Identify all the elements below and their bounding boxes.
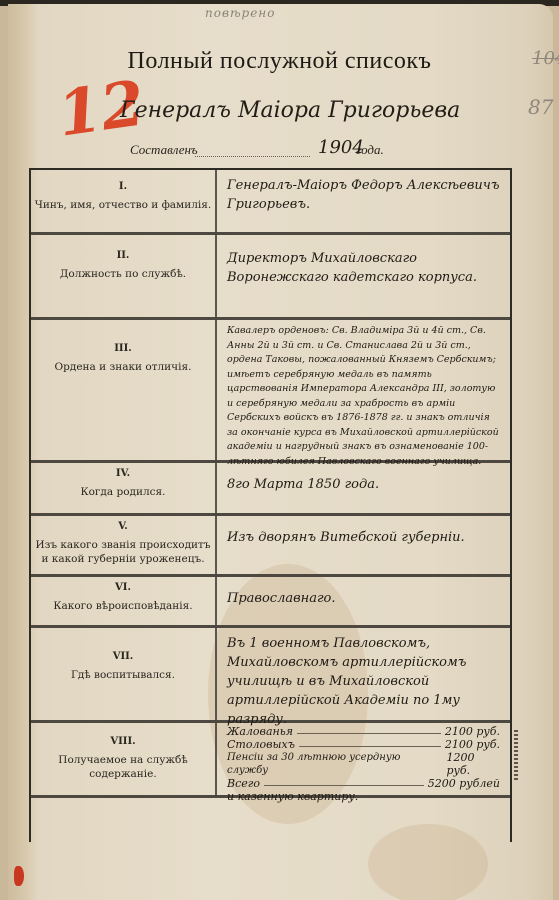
- record-row-rank-name: I. Чинъ, имя, отчество и фамилія. Генера…: [31, 170, 510, 235]
- row-label: VII. Гдѣ воспитывался.: [31, 628, 217, 720]
- salary-total-line: Всего 5200 рублей: [227, 777, 500, 790]
- salary-note: и казенную квартиру.: [227, 790, 500, 803]
- row-number: VII.: [31, 650, 215, 664]
- row-label-text: Какого вѣроисповѣданія.: [53, 600, 192, 612]
- salary-amount: 1200 руб.: [446, 751, 500, 777]
- row-label-text: Получаемое на службѣ содержаніе.: [58, 754, 187, 780]
- row-number: V.: [31, 520, 215, 534]
- row-label: VIII. Получаемое на службѣ содержаніе.: [31, 723, 217, 795]
- row-label-text: Когда родился.: [80, 486, 165, 498]
- row-label-text: Изъ какого званія происходитъ и какой гу…: [35, 539, 210, 565]
- row-label: V. Изъ какого званія происходитъ и какой…: [31, 516, 217, 574]
- salary-line: Жалованья 2100 руб.: [227, 725, 500, 738]
- row-number: I.: [31, 180, 215, 194]
- row-value: Православнаго.: [217, 577, 510, 625]
- leader-line: [299, 738, 441, 747]
- row-value: 8го Марта 1850 года.: [217, 463, 510, 513]
- row-number: VI.: [31, 581, 215, 595]
- document-title: Полный послужной списокъ: [0, 48, 559, 75]
- compiled-dotted-line: [195, 156, 310, 157]
- record-row-origin: V. Изъ какого званія происходитъ и какой…: [31, 516, 510, 577]
- row-label-text: Чинъ, имя, отчество и фамилія.: [35, 199, 211, 211]
- row-value: Кавалеръ орденовъ: Св. Владиміра 3й и 4й…: [217, 320, 510, 460]
- salary-note-text: и казенную квартиру.: [227, 790, 358, 803]
- row-label: I. Чинъ, имя, отчество и фамилія.: [31, 170, 217, 232]
- row-label-text: Гдѣ воспитывался.: [71, 669, 175, 681]
- salary-amount: 2100 руб.: [445, 738, 500, 751]
- row-label: IV. Когда родился.: [31, 463, 217, 513]
- salary-breakdown: Жалованья 2100 руб. Столовыхъ 2100 руб. …: [217, 723, 510, 795]
- red-wax-seal: [14, 866, 24, 886]
- row-value: Генералъ-Маiоръ Федоръ Алексѣевичъ Григо…: [217, 170, 510, 232]
- row-number: VIII.: [31, 735, 215, 749]
- record-row-education: VII. Гдѣ воспитывался. Въ 1 военномъ Пав…: [31, 628, 510, 723]
- salary-line: Столовыхъ 2100 руб.: [227, 738, 500, 751]
- salary-amount: 5200 рублей: [428, 777, 500, 790]
- row-label-text: Должность по службѣ.: [60, 268, 186, 280]
- service-record-form: I. Чинъ, имя, отчество и фамилія. Генера…: [29, 168, 512, 842]
- salary-item: Пенсiи за 30 лѣтнюю усердную службу: [227, 751, 438, 777]
- leader-line: [264, 777, 424, 786]
- printer-imprint: [514, 730, 518, 780]
- salary-amount: 2100 руб.: [445, 725, 500, 738]
- row-value: Изъ дворянъ Витебской губерніи.: [217, 516, 510, 574]
- salary-item: Жалованья: [227, 725, 293, 738]
- row-value: Директоръ Михайловскаго Воронежскаго кад…: [217, 235, 510, 317]
- row-number: III.: [31, 342, 215, 356]
- salary-line: Пенсiи за 30 лѣтнюю усердную службу 1200…: [227, 751, 500, 777]
- pencil-note: повѣрено: [205, 6, 275, 20]
- row-label: II. Должность по службѣ.: [31, 235, 217, 317]
- leader-line: [297, 725, 441, 734]
- row-label-text: Ордена и знаки отличія.: [55, 361, 192, 373]
- record-row-religion: VI. Какого вѣроисповѣданія. Православнаг…: [31, 577, 510, 628]
- row-number: II.: [31, 249, 215, 263]
- record-row-salary: VIII. Получаемое на службѣ содержаніе. Ж…: [31, 723, 510, 798]
- row-value: Въ 1 военномъ Павловскомъ, Михайловскомъ…: [217, 628, 510, 720]
- compiled-suffix: года.: [356, 142, 384, 158]
- row-label: VI. Какого вѣроисповѣданія.: [31, 577, 217, 625]
- record-row-birth: IV. Когда родился. 8го Марта 1850 года.: [31, 463, 510, 516]
- row-label: III. Ордена и знаки отличія.: [31, 320, 217, 460]
- row-number: IV.: [31, 467, 215, 481]
- compiled-label: Составленъ: [130, 142, 198, 158]
- salary-item: Всего: [227, 777, 260, 790]
- salary-item: Столовыхъ: [227, 738, 295, 751]
- margin-number: 87: [528, 95, 553, 119]
- document-subject: Генералъ Маiора Григорьева: [120, 98, 460, 123]
- record-row-orders: III. Ордена и знаки отличія. Кавалеръ ор…: [31, 320, 510, 463]
- record-row-position: II. Должность по службѣ. Директоръ Михай…: [31, 235, 510, 320]
